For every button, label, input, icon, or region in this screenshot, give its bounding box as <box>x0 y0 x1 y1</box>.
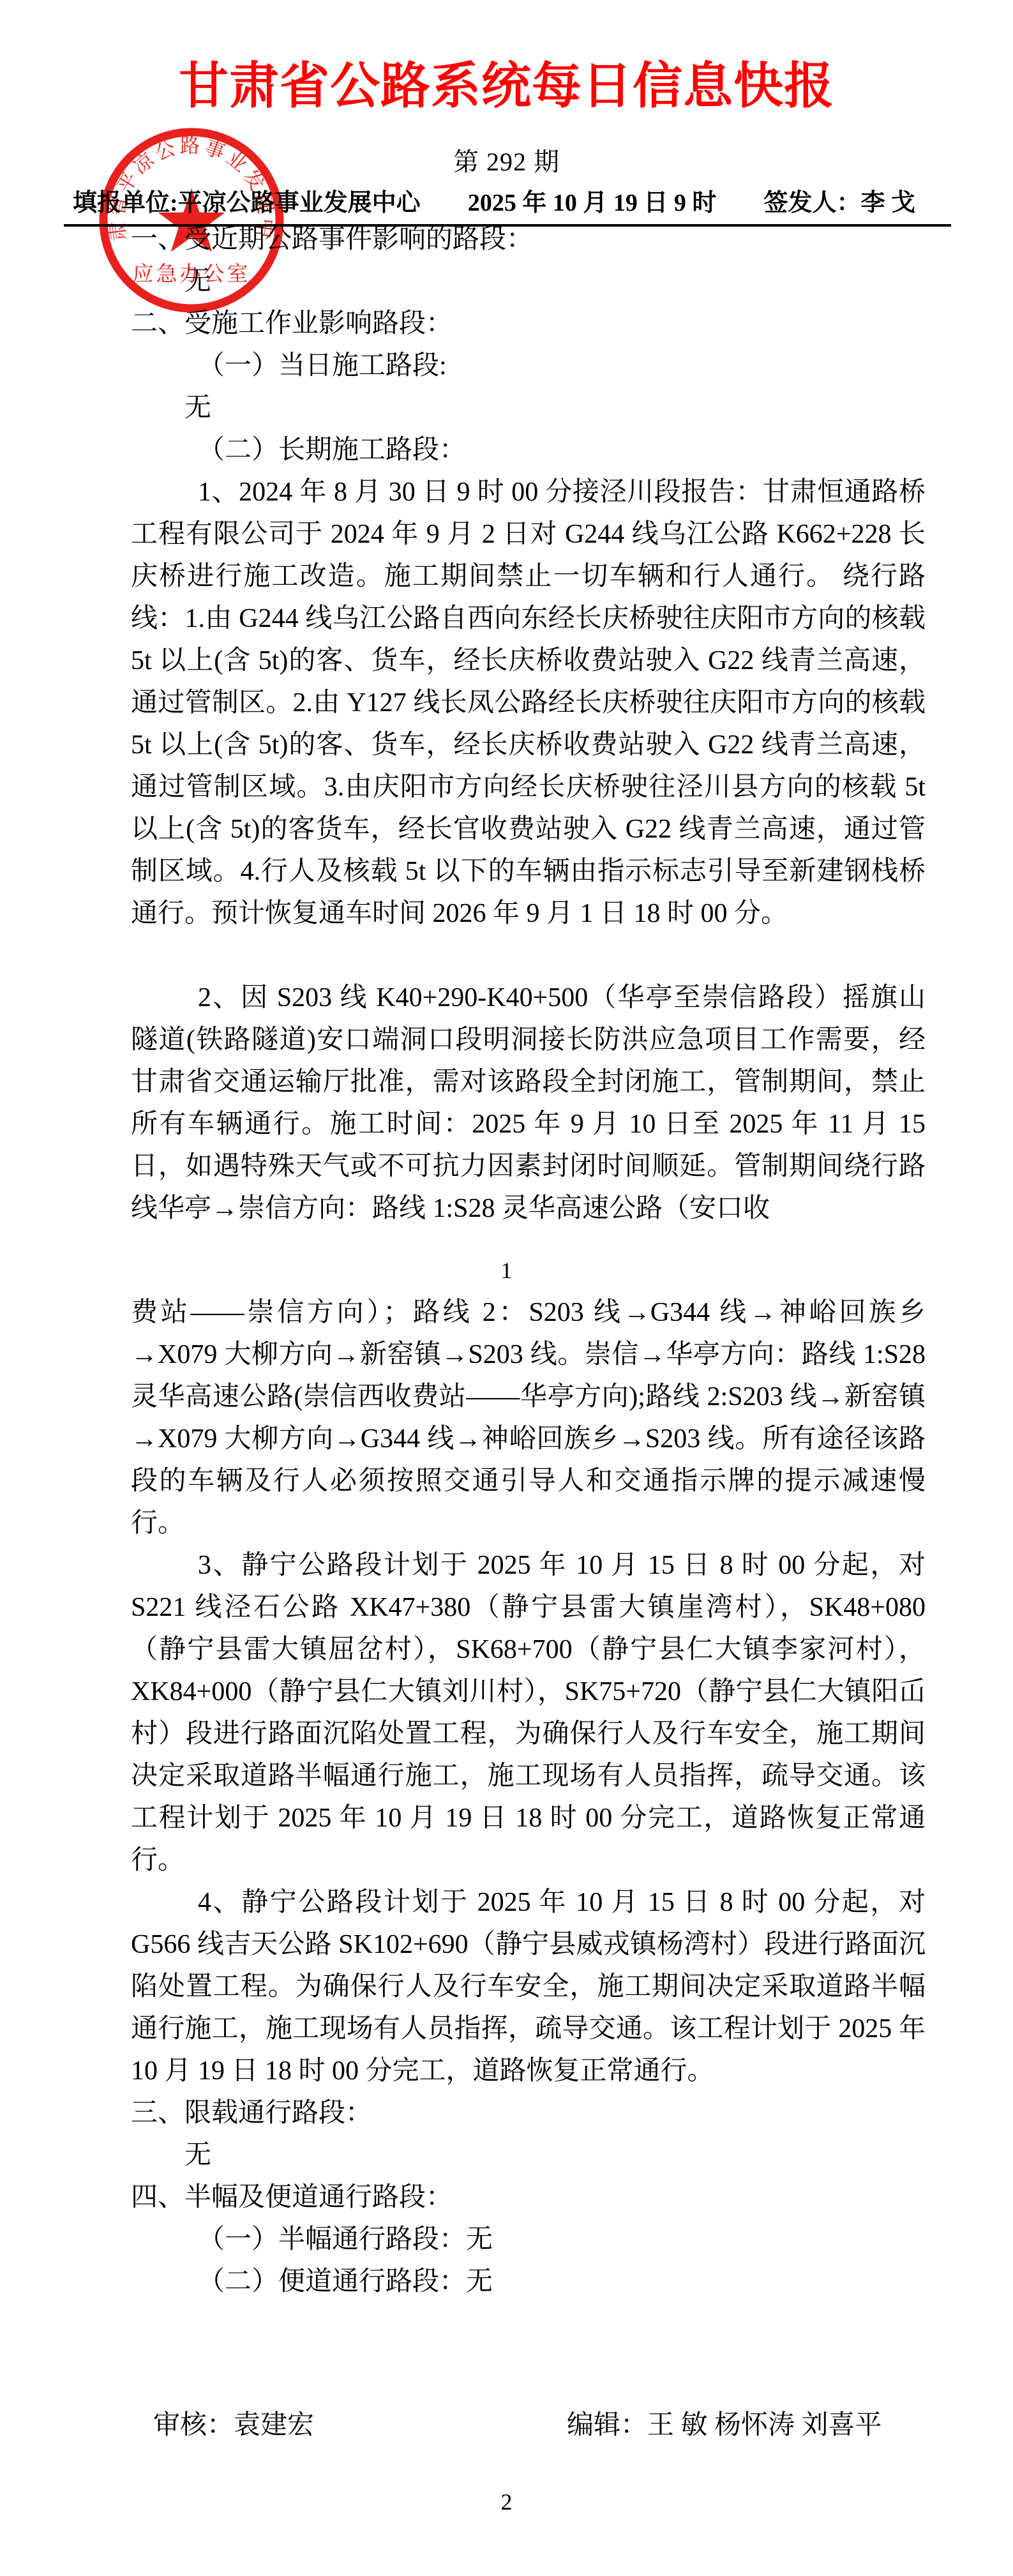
document-body: 一、受近期公路事件影响的路段： 无 二、受施工作业影响路段： （一）当日施工路段… <box>131 218 926 2303</box>
section-4-sub2: （二）便道通行路段：无 <box>131 2261 926 2303</box>
paragraph-3: 3、静宁公路段计划于 2025 年 10 月 15 日 8 时 00 分起，对 … <box>131 1544 926 1881</box>
meta-datetime: 2025 年 10 月 19 日 9 时 <box>468 183 717 218</box>
section-2-heading: 二、受施工作业影响路段： <box>131 303 926 345</box>
section-4-sub1: （一）半幅通行路段：无 <box>131 2218 926 2261</box>
footer-reviewer: 审核：袁建宏 <box>153 2404 314 2442</box>
section-1-none: 无 <box>131 260 926 303</box>
page-number-2: 2 <box>0 2489 1013 2515</box>
paragraph-2-part2: 费站——崇信方向）；路线 2：S203 线→G344 线→神峪回族乡→X079 … <box>131 1292 926 1544</box>
page-number-1: 1 <box>109 1249 904 1292</box>
paragraph-4: 4、静宁公路段计划于 2025 年 10 月 15 日 8 时 00 分起，对 … <box>131 1881 926 2092</box>
section-3-none: 无 <box>131 2134 926 2176</box>
meta-signer: 签发人：李 戈 <box>763 183 951 218</box>
document-title: 甘肃省公路系统每日信息快报 <box>0 46 1013 117</box>
section-2-sub1: （一）当日施工路段: <box>131 345 926 387</box>
footer-editors: 编辑：王 敏 杨怀涛 刘喜平 <box>567 2404 882 2442</box>
paragraph-2-part1: 2、因 S203 线 K40+290-K40+500（华亭至崇信路段）摇旗山隧道… <box>131 977 926 1230</box>
section-1-heading: 一、受近期公路事件影响的路段： <box>131 218 926 260</box>
section-2-sub2: （二）长期施工路段： <box>131 429 926 471</box>
document-page: 甘肃省公路系统每日信息快报 第 292 期 填报单位:平凉公路事业发展中心 20… <box>0 0 1013 2576</box>
section-4-heading: 四、半幅及便道通行路段： <box>131 2176 926 2218</box>
section-2-sub1-none: 无 <box>131 387 926 429</box>
section-3-heading: 三、限载通行路段： <box>131 2092 926 2134</box>
paragraph-1: 1、2024 年 8 月 30 日 9 时 00 分接泾川段报告：甘肃恒通路桥工… <box>131 471 926 977</box>
footer-row: 审核：袁建宏 编辑：王 敏 杨怀涛 刘喜平 <box>0 2404 1013 2446</box>
